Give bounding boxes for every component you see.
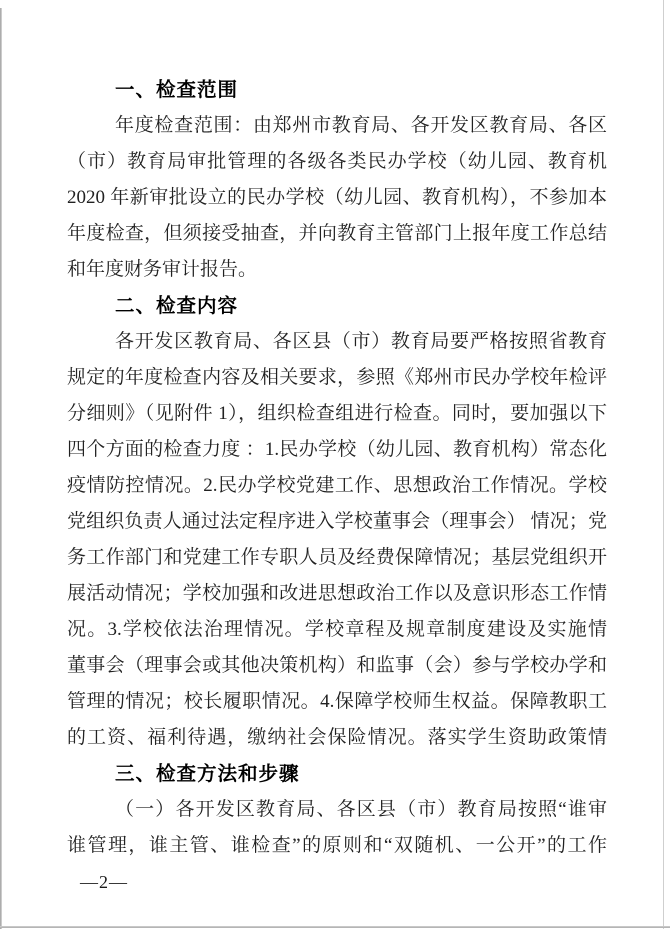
document-body: 一、检查范围年度检查范围：由郑州市教育局、各开发区教育局、各区县（市）教育局审批… [67, 72, 607, 864]
text-line: 疫情防控情况。2.民办学校党建工作、思想政治工作情况。学校 [67, 468, 607, 504]
text-line: 的工资、福利待遇，缴纳社会保险情况。落实学生资助政策情况。 [67, 720, 607, 756]
text-line: 展活动情况；学校加强和改进思想政治工作以及意识形态工作情 [67, 576, 607, 612]
text-line: 务工作部门和党建工作专职人员及经费保障情况；基层党组织开 [67, 540, 607, 576]
text-line: 分细则》（见附件 1），组织检查组进行检查。同时，要加强以下 [67, 396, 607, 432]
text-line: 董事会（理事会或其他决策机构）和监事（会）参与学校办学和 [67, 648, 607, 684]
text-line: 和年度财务审计报告。 [67, 252, 607, 288]
text-line: （市）教育局审批管理的各级各类民办学校（幼儿园、教育机构）。 [67, 144, 607, 180]
text-line: （一）各开发区教育局、各区县（市）教育局按照“谁审批、 [67, 792, 607, 828]
text-line: 况。3.学校依法治理情况。学校章程及规章制度建设及实施情况； [67, 612, 607, 648]
text-line: 谁管理，谁主管、谁检查”的原则和“双随机、一公开”的工作 [67, 828, 607, 864]
scan-bottom-edge [0, 926, 670, 928]
section-heading-2: 二、检查内容 [67, 288, 607, 324]
text-line: 各开发区教育局、各区县（市）教育局要严格按照省教育厅 [67, 324, 607, 360]
text-line: 年度检查，但须接受抽查，并向教育主管部门上报年度工作总结 [67, 216, 607, 252]
scan-right-edge [663, 0, 664, 929]
text-line: 四个方面的检查力度 ：1.民办学校（幼儿园、教育机构）常态化 [67, 432, 607, 468]
text-line: 规定的年度检查内容及相关要求，参照《郑州市民办学校年检评 [67, 360, 607, 396]
document-page: 一、检查范围年度检查范围：由郑州市教育局、各开发区教育局、各区县（市）教育局审批… [0, 0, 670, 929]
text-line: 管理的情况；校长履职情况。4.保障学校师生权益。保障教职工 [67, 684, 607, 720]
section-heading-3: 三、检查方法和步骤 [67, 756, 607, 792]
scan-left-edge [0, 8, 2, 929]
section-heading-1: 一、检查范围 [67, 72, 607, 108]
text-line: 2020 年新审批设立的民办学校（幼儿园、教育机构），不参加本 [67, 180, 607, 216]
text-line: 年度检查范围：由郑州市教育局、各开发区教育局、各区县 [67, 108, 607, 144]
page-number: —2— [80, 864, 128, 900]
text-line: 党组织负责人通过法定程序进入学校董事会（理事会） 情况；党 [67, 504, 607, 540]
